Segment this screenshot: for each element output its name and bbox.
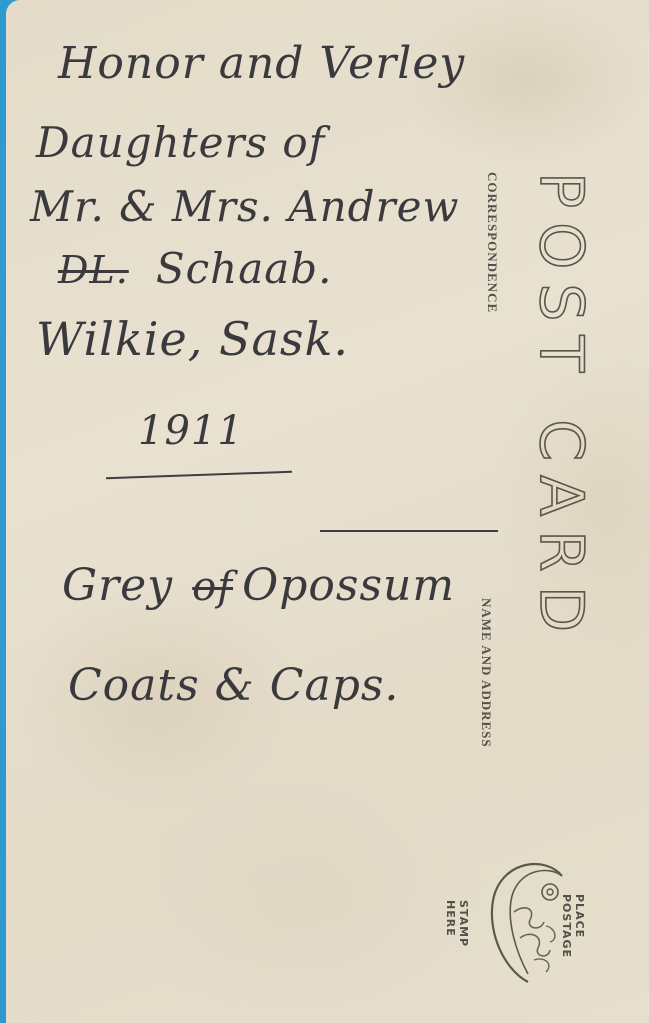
ornamental-scroll-icon	[484, 856, 574, 986]
handwritten-line-location: Wilkie, Sask.	[36, 312, 349, 366]
opossum-text: Opossum	[242, 560, 455, 611]
stamp-box: PLACE POSTAGE STAMP HERE	[440, 856, 600, 986]
surname-text: Schaab.	[156, 244, 333, 293]
struck-out-text: DL.	[58, 248, 129, 292]
handwritten-line-surname: DL. Schaab.	[58, 244, 333, 293]
divider-line	[320, 530, 498, 532]
name-and-address-label: NAME AND ADDRESS	[478, 598, 494, 748]
handwritten-year: 1911	[138, 408, 244, 454]
handwritten-line-opossum: Grey of Opossum	[62, 560, 455, 611]
handwritten-line-names: Honor and Verley	[58, 38, 465, 89]
postcard-back: Honor and Verley Daughters of Mr. & Mrs.…	[6, 0, 649, 1023]
handwritten-line-parents: Mr. & Mrs. Andrew	[30, 182, 459, 231]
handwritten-line-coats: Coats & Caps.	[68, 660, 399, 711]
correspondence-label: CORRESPONDENCE	[484, 172, 500, 313]
stamp-label-left: STAMP HERE	[444, 900, 470, 947]
struck-out-text: of	[192, 564, 233, 610]
handwritten-line-daughters: Daughters of	[36, 118, 325, 167]
post-card-title: POST CARD	[526, 172, 596, 646]
grey-text: Grey	[62, 560, 173, 611]
year-underline	[106, 471, 292, 479]
